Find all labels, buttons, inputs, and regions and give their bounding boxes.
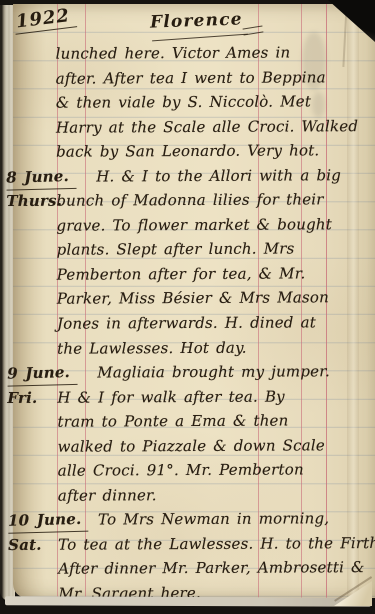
diary-line-row: After dinner Mr. Parker, Ambrosetti & — [1, 555, 375, 582]
diary-line-row: plants. Slept after lunch. Mrs — [0, 236, 375, 263]
diary-line-row: 10 June.To Mrs Newman in morning, — [1, 506, 375, 533]
underlying-pages-edge — [5, 596, 371, 607]
diary-line-text: To Mrs Newman in morning, — [98, 507, 329, 532]
diary-line-text: Parker, Miss Bésier & Mrs Mason — [57, 286, 329, 312]
diary-line-text: alle Croci. 91°. Mr. Pemberton — [58, 458, 304, 483]
diary-line-text: bunch of Madonna lilies for their — [56, 188, 323, 213]
diary-line-row: Harry at the Scale alle Croci. Walked — [0, 114, 374, 141]
diary-line-row: the Lawlesses. Hot day. — [0, 335, 375, 362]
diary-line-row: after dinner. — [1, 482, 375, 509]
diary-line-text: H & I for walk after tea. By — [57, 384, 285, 409]
diary-line-text: plants. Slept after lunch. Mrs — [57, 237, 295, 262]
diary-line-row: Thurs.bunch of Madonna lilies for their — [0, 187, 374, 214]
diary-line-text: & then viale by S. Niccolò. Met — [56, 89, 311, 114]
entry-day-label: Fri. — [7, 385, 37, 409]
entry-day-label: Thurs. — [6, 189, 62, 213]
diary-line-text: After dinner Mr. Parker, Ambrosetti & — [58, 556, 364, 582]
diary-line-text: Magliaia brought my jumper. — [97, 359, 330, 384]
diary-line-text: grave. To flower market & bought — [56, 212, 332, 238]
diary-line-text: Harry at the Scale alle Croci. Walked — [56, 114, 358, 140]
diary-line-text: H. & I to the Allori with a big — [96, 163, 341, 188]
diary-line-text: Jones in afterwards. H. dined at — [57, 310, 316, 335]
diary-line-text: back by San Leonardo. Very hot. — [56, 138, 319, 163]
diary-line-row: grave. To flower market & bought — [0, 212, 375, 239]
diary-line-row: lunched here. Victor Ames in — [0, 40, 374, 67]
diary-line-text: tram to Ponte a Ema & then — [57, 409, 288, 434]
diary-line-text: after dinner. — [58, 483, 157, 508]
diary-line-row: tram to Ponte a Ema & then — [0, 408, 375, 435]
diary-line-text: walked to Piazzale & down Scale — [58, 433, 325, 458]
diary-line-text: after. After tea I went to Beppina — [56, 65, 326, 91]
diary-line-row: alle Croci. 91°. Mr. Pemberton — [1, 457, 375, 484]
diary-line-text: Pemberton after for tea, & Mr. — [57, 261, 306, 286]
diary-line-row: Fri.H & I for walk after tea. By — [0, 384, 375, 411]
diary-line-row: Sat.To tea at the Lawlesses. H. to the F… — [1, 531, 375, 558]
diary-line-row: Jones in afterwards. H. dined at — [0, 310, 375, 337]
diary-line-row: 9 June.Magliaia brought my jumper. — [0, 359, 375, 386]
diary-line-row: after. After tea I went to Beppina — [0, 65, 374, 92]
diary-line-row: 8 June.H. & I to the Allori with a big — [0, 163, 374, 190]
diary-line-row: Pemberton after for tea, & Mr. — [0, 261, 375, 288]
diary-line-text: lunched here. Victor Ames in — [56, 40, 291, 65]
entry-date-label: 10 June. — [8, 507, 89, 534]
location-title: Florence — [150, 9, 243, 32]
scanned-diary-page-photo: 1922 Florence lunched here. Victor Ames … — [0, 0, 375, 614]
entry-date-label: 8 June. — [6, 164, 76, 191]
diary-line-text: To tea at the Lawlesses. H. to the Firth… — [58, 531, 375, 557]
entry-date-label: 9 June. — [7, 360, 77, 387]
entry-day-label: Sat. — [8, 533, 42, 557]
diary-entries: lunched here. Victor Ames inafter. After… — [0, 40, 375, 607]
diary-line-row: & then viale by S. Niccolò. Met — [0, 89, 374, 116]
diary-line-text: the Lawlesses. Hot day. — [57, 335, 247, 360]
diary-line-row: Parker, Miss Bésier & Mrs Mason — [0, 285, 375, 312]
diary-line-row: back by San Leonardo. Very hot. — [0, 138, 374, 165]
diary-line-row: walked to Piazzale & down Scale — [1, 433, 375, 460]
